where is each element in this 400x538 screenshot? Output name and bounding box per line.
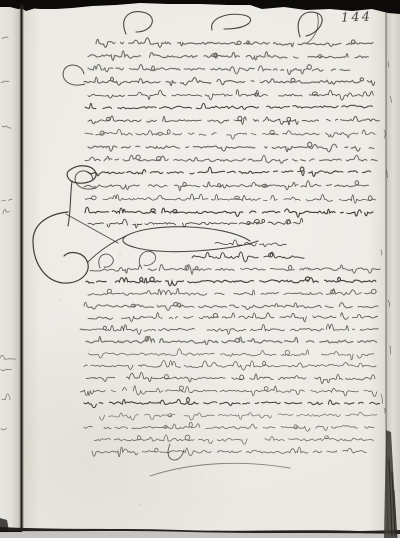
bottom-edge-line: [0, 527, 400, 534]
bottom-right-binding-shadow: [384, 430, 397, 538]
scan-edge-layer: [0, 0, 400, 538]
page-number: 144: [341, 8, 376, 24]
gutter-line: [20, 4, 22, 530]
gutter-shadow: [23, 6, 24, 528]
bottom-left-corner-shadow: [0, 518, 9, 531]
manuscript-scan-root: 144: [0, 0, 400, 538]
